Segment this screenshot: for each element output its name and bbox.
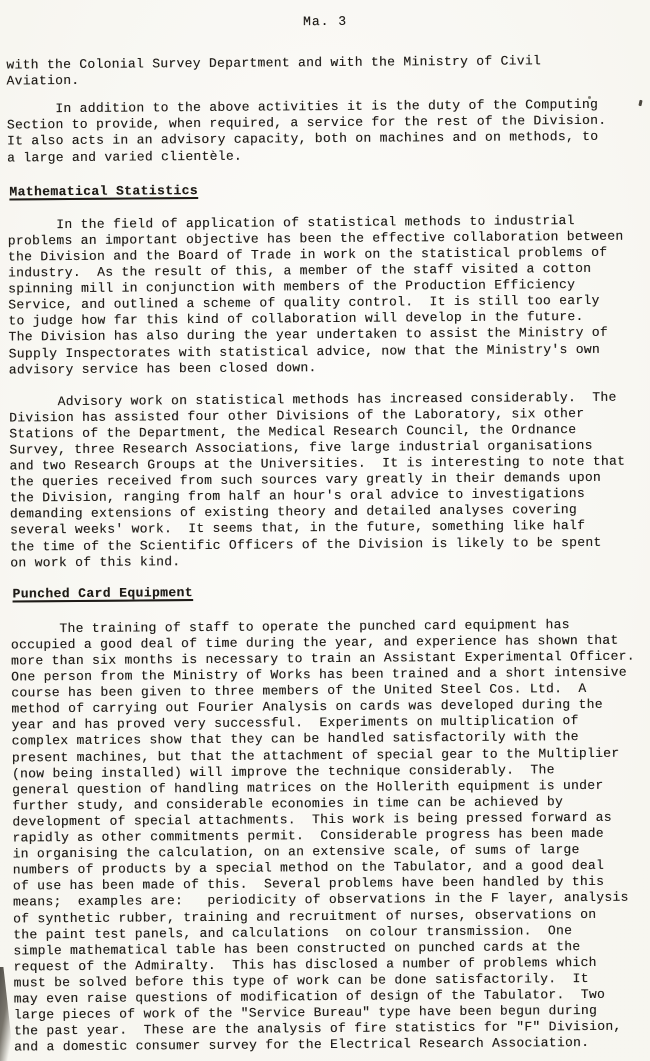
- paragraph-continuation: with the Colonial Survey Department and …: [6, 53, 644, 90]
- paragraph-statistics-collaboration: In the field of application of statistic…: [8, 212, 647, 378]
- section-heading-punched-card-equipment: Punched Card Equipment: [12, 585, 193, 603]
- typewritten-content: Ma. 3 with the Colonial Survey Departmen…: [0, 0, 650, 1056]
- scan-speck: [588, 96, 591, 99]
- paragraph-punched-card-training: The training of staff to operate the pun…: [11, 616, 650, 1056]
- paragraph-advisory-work: Advisory work on statistical methods has…: [9, 389, 648, 571]
- paragraph-computing-section: In addition to the above activities it i…: [7, 97, 645, 166]
- scanned-document-page: Ma. 3 with the Colonial Survey Departmen…: [0, 0, 650, 1061]
- page-number: Ma. 3: [6, 11, 644, 32]
- section-heading-mathematical-statistics: Mathematical Statistics: [9, 183, 198, 201]
